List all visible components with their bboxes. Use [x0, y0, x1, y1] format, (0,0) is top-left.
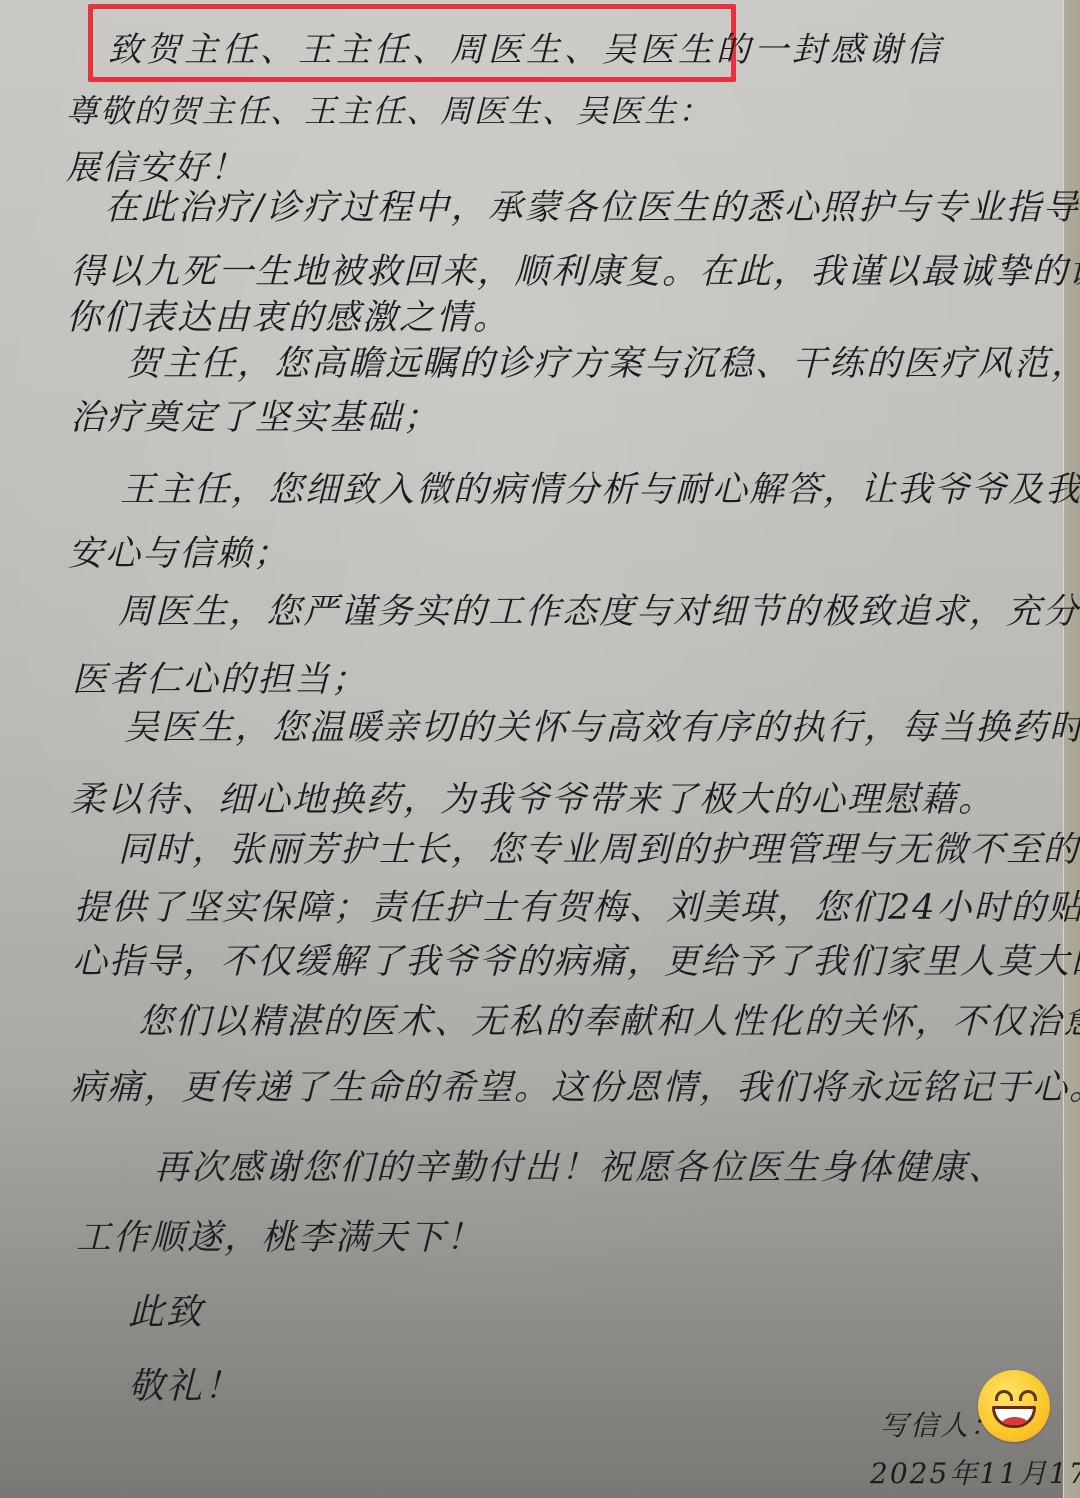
body-line: 医者仁心的担当；	[72, 652, 368, 702]
grinning-face-emoji-icon	[978, 1370, 1050, 1442]
signature-date: 2025年11月17日	[870, 1452, 1080, 1492]
body-line: 在此治疗/诊疗过程中，承蒙各位医生的悉心照护与专业指导，使我爷爷	[104, 180, 1080, 230]
closing-line-1: 此致	[128, 1284, 204, 1335]
body-line: 吴医生，您温暖亲切的关怀与高效有序的执行，每当换药时总是温	[124, 700, 1080, 750]
body-line: 同时，张丽芳护士长，您专业周到的护理管理与无微不至的关怀，为治疗	[118, 822, 1080, 872]
emoji-tongue-icon	[1001, 1417, 1029, 1428]
body-line: 贺主任，您高瞻远瞩的诊疗方案与沉稳、干练的医疗风范，为整个	[126, 336, 1080, 386]
body-line: 治疗奠定了坚实基础；	[70, 390, 440, 440]
body-line: 病痛，更传递了生命的希望。这份恩情，我们将永远铭记于心。	[70, 1060, 1080, 1110]
closing-line-2: 敬礼！	[128, 1358, 242, 1409]
body-line: 柔以待、细心地换药，为我爷爷带来了极大的心理慰藉。	[70, 772, 995, 822]
body-line: 提供了坚实保障；责任护士有贺梅、刘美琪，您们24小时的贴心照料与耐	[74, 880, 1080, 930]
emoji-eye-icon	[995, 1390, 1013, 1401]
body-line: 您们以精湛的医术、无私的奉献和人性化的关怀，不仅治愈了	[138, 994, 1080, 1044]
body-line: 王主任，您细致入微的病情分析与耐心解答，让我爷爷及我家里人倍感	[120, 462, 1080, 512]
body-line: 周医生，您严谨务实的工作态度与对细节的极致追求，充分体现了	[118, 584, 1080, 634]
body-line: 再次感谢您们的辛勤付出！祝愿各位医生身体健康、	[154, 1140, 1005, 1190]
letter-photo: 致贺主任、王主任、周医生、吴医生的一封感谢信 尊敬的贺主任、王主任、周医生、吴医…	[0, 0, 1080, 1498]
emoji-mouth-icon	[992, 1406, 1036, 1428]
letter-title: 致贺主任、王主任、周医生、吴医生的一封感谢信	[108, 22, 944, 71]
emoji-eye-icon	[1019, 1390, 1037, 1401]
body-line: 安心与信赖；	[68, 526, 290, 576]
body-line: 你们表达由衷的感激之情。	[66, 290, 510, 340]
salutation: 尊敬的贺主任、王主任、周医生、吴医生：	[66, 86, 712, 132]
body-line: 得以九死一生地被救回来，顺利康复。在此，我谨以最诚挚的谢意，向	[70, 244, 1080, 294]
body-line: 心指导，不仅缓解了我爷爷的病痛，更给予了我们家里人莫大的信心与力量。	[72, 934, 1080, 984]
body-line: 工作顺遂，桃李满天下！	[76, 1210, 483, 1260]
